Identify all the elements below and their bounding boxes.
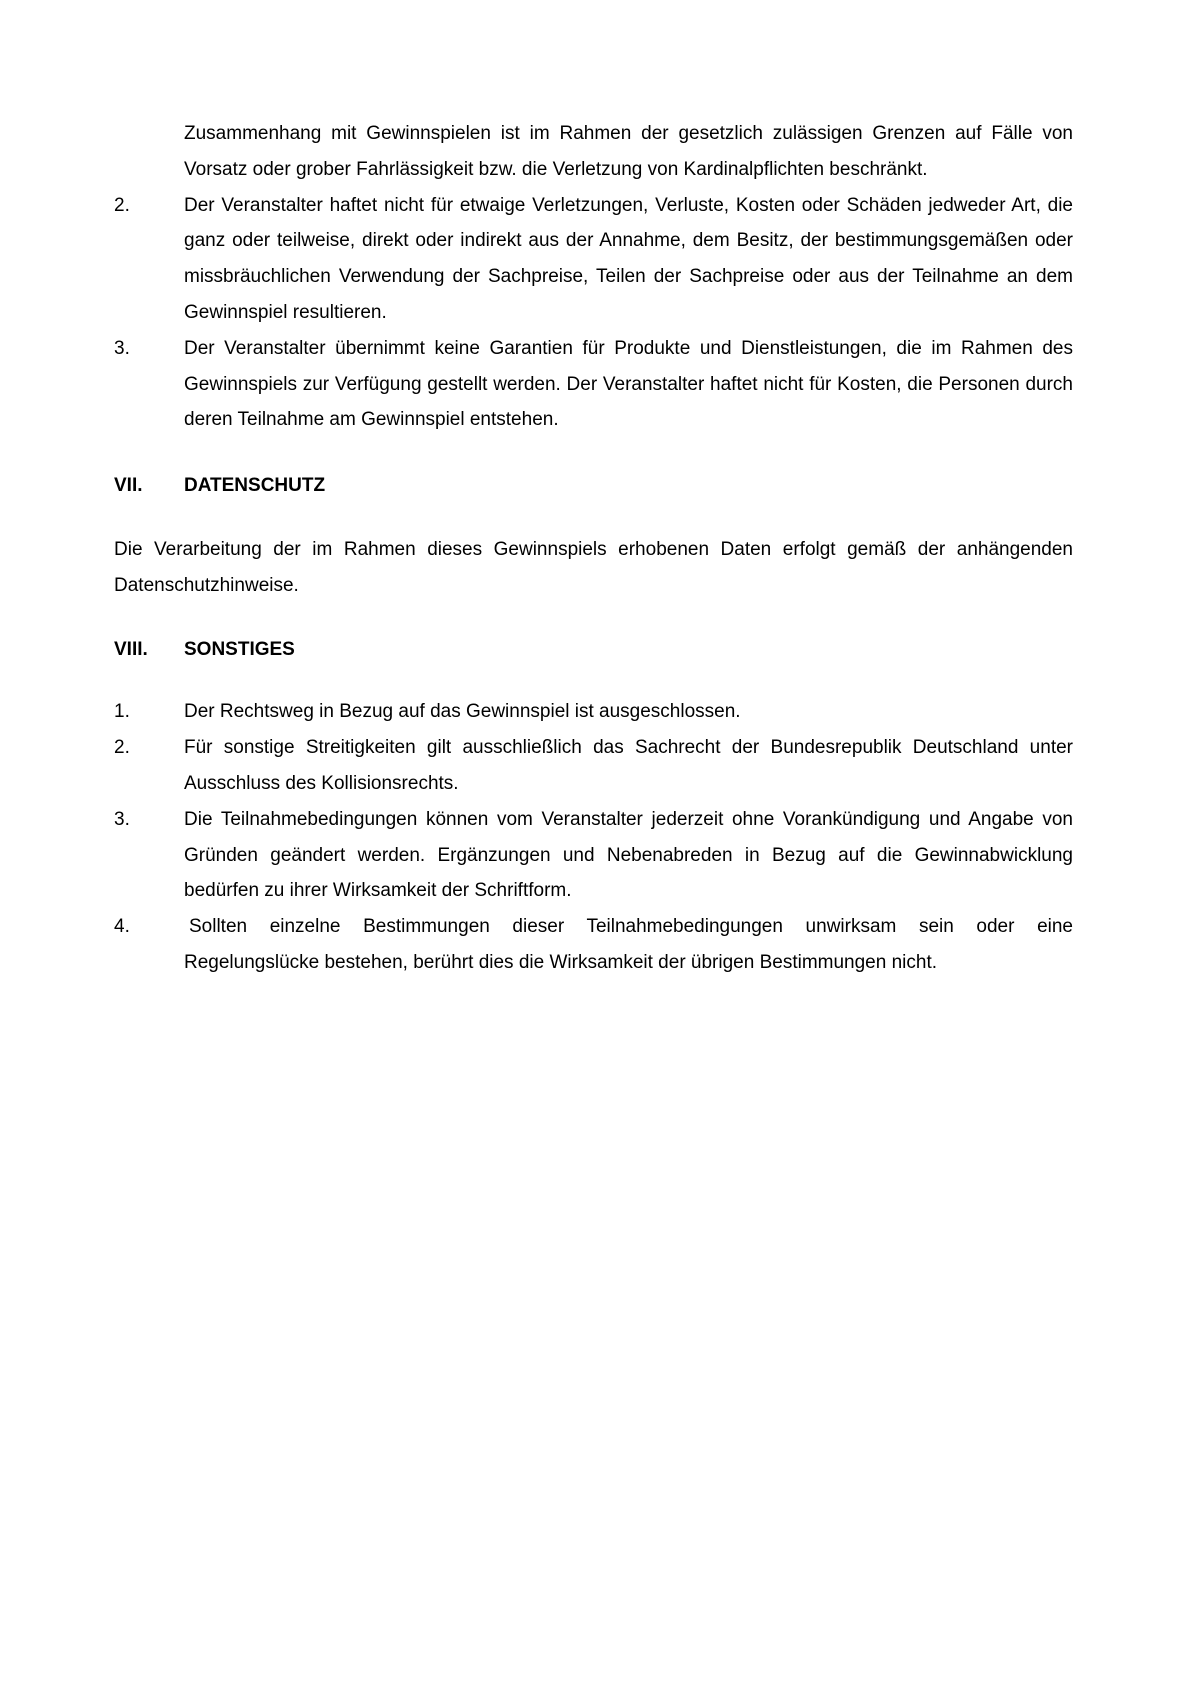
list-text: Der Veranstalter übernimmt keine Garanti… bbox=[184, 331, 1073, 438]
list-text: Sollten einzelne Bestimmungen dieser Tei… bbox=[184, 909, 1073, 981]
list-text: Die Teilnahmebedingungen können vom Vera… bbox=[184, 802, 1073, 909]
list-number: 1. bbox=[114, 694, 184, 730]
list-number: 4. bbox=[114, 909, 184, 981]
section-heading-datenschutz: VII. DATENSCHUTZ bbox=[114, 468, 1073, 504]
continuation-paragraph: Zusammenhang mit Gewinnspielen ist im Ra… bbox=[114, 116, 1073, 188]
list-item: 1. Der Rechtsweg in Bezug auf das Gewinn… bbox=[114, 694, 1073, 730]
document-page: Zusammenhang mit Gewinnspielen ist im Ra… bbox=[114, 116, 1073, 981]
section-title: SONSTIGES bbox=[184, 632, 295, 668]
list-item: 3. Die Teilnahmebedingungen können vom V… bbox=[114, 802, 1073, 909]
list-number: 3. bbox=[114, 802, 184, 909]
list-item: 4. Sollten einzelne Bestimmungen dieser … bbox=[114, 909, 1073, 981]
section-number: VII. bbox=[114, 468, 184, 504]
datenschutz-paragraph: Die Verarbeitung der im Rahmen dieses Ge… bbox=[114, 532, 1073, 604]
list-text: Der Rechtsweg in Bezug auf das Gewinnspi… bbox=[184, 694, 1073, 730]
list-item: 3. Der Veranstalter übernimmt keine Gara… bbox=[114, 331, 1073, 438]
list-number: 3. bbox=[114, 331, 184, 438]
list-number: 2. bbox=[114, 188, 184, 331]
list-item: 2. Für sonstige Streitigkeiten gilt auss… bbox=[114, 730, 1073, 802]
list-text: Der Veranstalter haftet nicht für etwaig… bbox=[184, 188, 1073, 331]
section-number: VIII. bbox=[114, 632, 184, 668]
list-item: 2. Der Veranstalter haftet nicht für etw… bbox=[114, 188, 1073, 331]
list-text: Für sonstige Streitigkeiten gilt ausschl… bbox=[184, 730, 1073, 802]
list-number: 2. bbox=[114, 730, 184, 802]
section-title: DATENSCHUTZ bbox=[184, 468, 325, 504]
section-heading-sonstiges: VIII. SONSTIGES bbox=[114, 632, 1073, 668]
